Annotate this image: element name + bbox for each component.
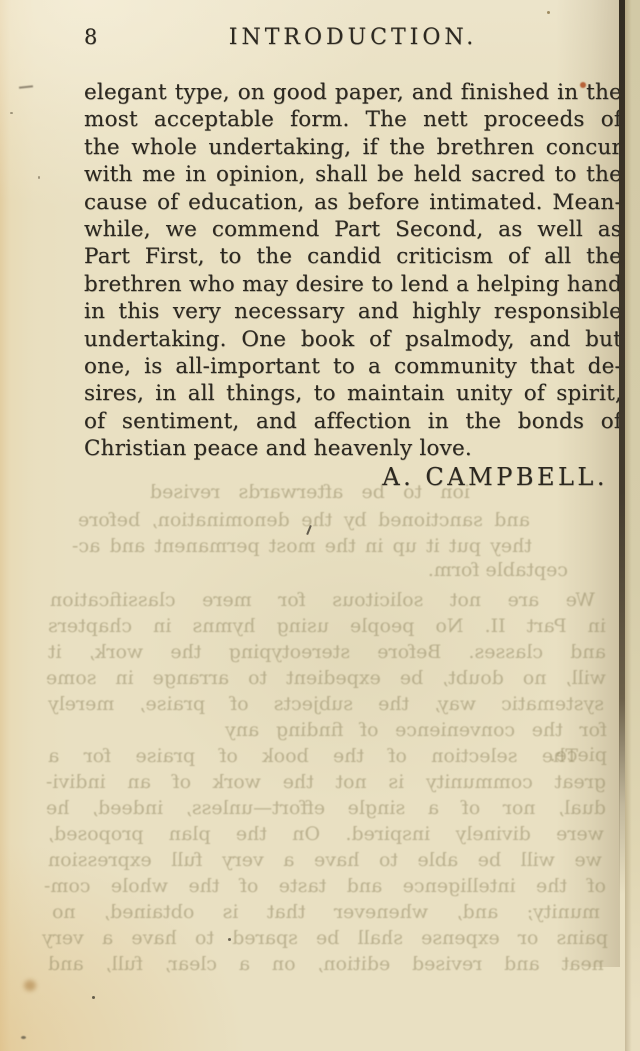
body-text-line: with me in opinion, shall be held sacred… <box>84 161 622 188</box>
body-text-line: in this very necessary and highly respon… <box>84 298 622 325</box>
body-text-line: sires, in all things, to maintain unity … <box>84 380 622 407</box>
scanned-book-page: ion to be afterwards revisedand sanction… <box>0 0 640 1051</box>
body-text-line: Part First, to the candid criticism of a… <box>84 243 622 270</box>
body-paragraph: elegant type, on good paper, and finishe… <box>84 79 622 463</box>
body-text-line: most acceptable form. The nett proceeds … <box>84 106 622 133</box>
body-text-line: undertaking. One book of psalmody, and b… <box>84 326 622 353</box>
body-text-line: brethren who may desire to lend a helpin… <box>84 271 622 298</box>
body-text-line: cause of education, as before intimated.… <box>84 189 622 216</box>
body-text-line: Christian peace and heavenly love. <box>84 435 622 462</box>
author-signature: A. CAMPBELL. <box>84 463 608 491</box>
body-text-line: of sentiment, and affection in the bonds… <box>84 408 622 435</box>
next-page-edge <box>625 0 640 1051</box>
body-text-line: while, we commend Part Second, as well a… <box>84 216 622 243</box>
page-header-title: INTRODUCTION. <box>84 25 622 50</box>
body-text-line: the whole undertaking, if the brethren c… <box>84 134 622 161</box>
body-text-line: elegant type, on good paper, and finishe… <box>84 79 622 106</box>
body-text-line: one, is all-important to a community tha… <box>84 353 622 380</box>
